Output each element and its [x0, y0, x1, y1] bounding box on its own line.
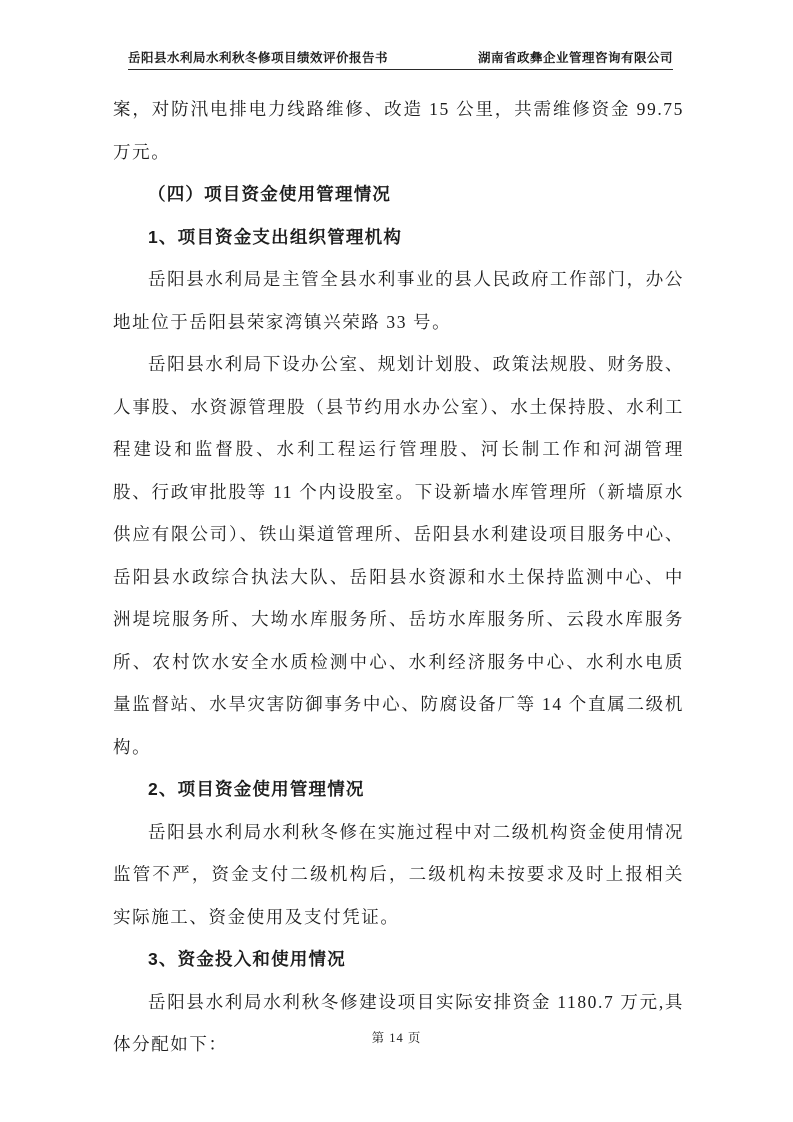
paragraph-supervision-issue: 岳阳县水利局水利秋冬修在实施过程中对二级机构资金使用情况监管不严，资金支付二级机… — [113, 811, 684, 939]
header-report-title: 岳阳县水利局水利秋冬修项目绩效评价报告书 — [128, 48, 388, 66]
paragraph-bureau-structure: 岳阳县水利局下设办公室、规划计划股、政策法规股、财务股、人事股、水资源管理股（县… — [113, 343, 684, 768]
paragraph-fund-allocation: 岳阳县水利局水利秋冬修建设项目实际安排资金 1180.7 万元,具体分配如下： — [113, 981, 684, 1066]
page-footer: 第 14 页 — [0, 1028, 793, 1046]
page-number: 第 14 页 — [372, 1031, 422, 1045]
header-company-name: 湖南省政彝企业管理咨询有限公司 — [478, 48, 673, 66]
paragraph-bureau-introduction: 岳阳县水利局是主管全县水利事业的县人民政府工作部门，办公地址位于岳阳县荣家湾镇兴… — [113, 258, 684, 343]
heading-sub-2-fund-usage-management: 2、项目资金使用管理情况 — [113, 768, 684, 811]
document-page: 岳阳县水利局水利秋冬修项目绩效评价报告书 湖南省政彝企业管理咨询有限公司 案，对… — [0, 0, 793, 1122]
heading-sub-1-expenditure-organization: 1、项目资金支出组织管理机构 — [113, 216, 684, 259]
heading-section-4-fund-management: （四）项目资金使用管理情况 — [113, 173, 684, 216]
paragraph-flood-repair-continuation: 案，对防汛电排电力线路维修、改造 15 公里，共需维修资金 99.75 万元。 — [113, 88, 684, 173]
document-body: 案，对防汛电排电力线路维修、改造 15 公里，共需维修资金 99.75 万元。 … — [113, 88, 684, 1066]
page-header: 岳阳县水利局水利秋冬修项目绩效评价报告书 湖南省政彝企业管理咨询有限公司 — [128, 48, 673, 70]
heading-sub-3-fund-investment-usage: 3、资金投入和使用情况 — [113, 938, 684, 981]
